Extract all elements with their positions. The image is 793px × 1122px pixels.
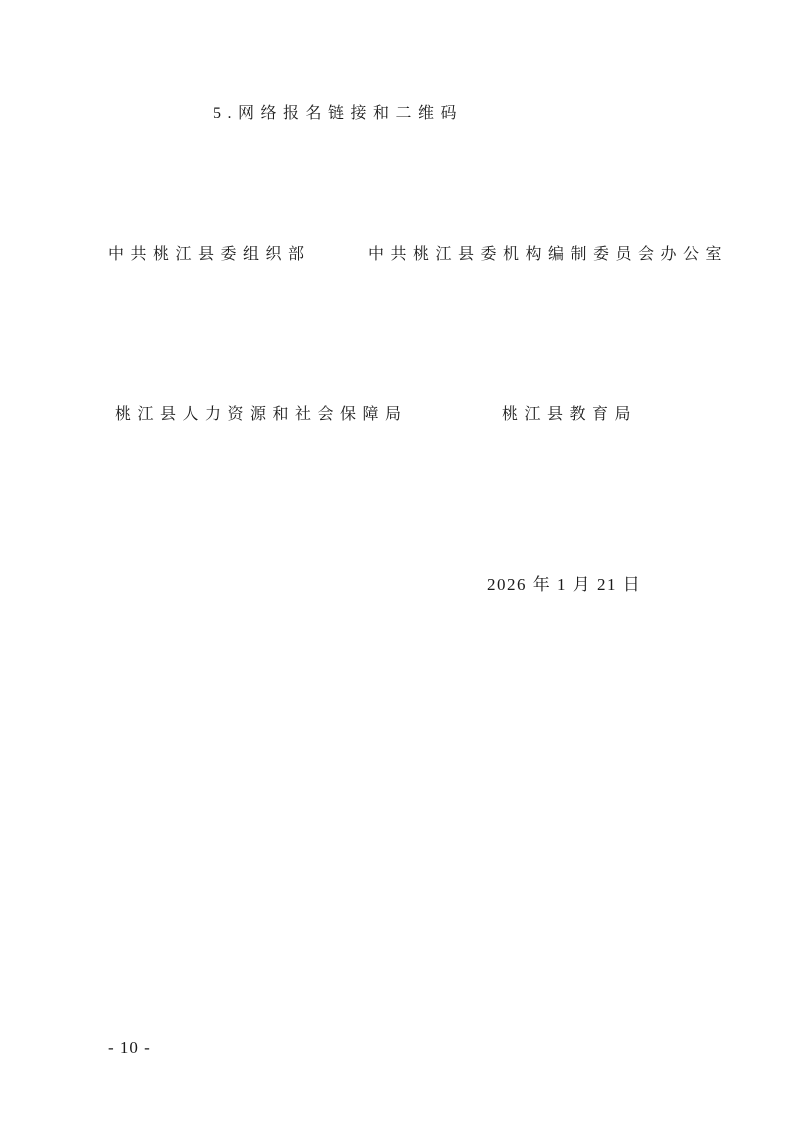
issuer-org-human-resources-bureau: 桃江县人力资源和社会保障局 (115, 405, 408, 426)
section-item-heading: 5.网络报名链接和二维码 (213, 104, 463, 125)
issuer-org-institutional-committee-office: 中共桃江县委机构编制委员会办公室 (368, 245, 728, 266)
page-number: - 10 - (108, 1037, 151, 1059)
document-page: 5.网络报名链接和二维码 中共桃江县委组织部 中共桃江县委机构编制委员会办公室 … (0, 0, 793, 1122)
document-date: 2026 年 1 月 21 日 (487, 574, 641, 596)
issuer-org-committee-organization-dept: 中共桃江县委组织部 (108, 245, 311, 266)
issuer-org-education-bureau: 桃江县教育局 (502, 405, 637, 426)
